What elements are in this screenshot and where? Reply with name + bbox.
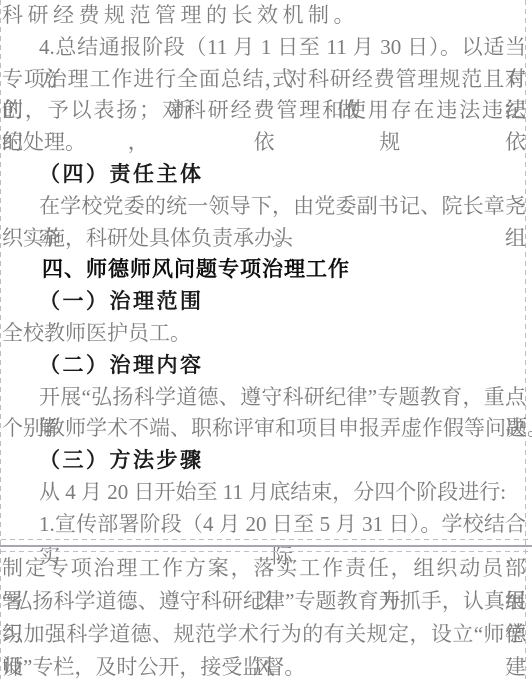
- text-line: 4.总结通报阶段（11 月 1 日至 11 月 30 日）。以适当方式对: [2, 32, 526, 64]
- page-1-text-area[interactable]: 科研经费规范管理的长效机制。 4.总结通报阶段（11 月 1 日至 11 月 3…: [2, 0, 526, 541]
- subheading-governance-scope: （一）治理范围: [2, 286, 526, 318]
- text-line: 从 4 月 20 日开始至 11 月底结束，分四个阶段进行:: [2, 477, 526, 509]
- subheading-responsibility: （四）责任主体: [2, 159, 526, 191]
- subheading-governance-content: （二）治理内容: [2, 350, 526, 382]
- text-line: 习加强科学道德、规范学术行为的有关规定，设立“师德师风建: [2, 618, 526, 651]
- page-2-text-area[interactable]: 制定专项治理工作方案，落实工作责任，组织动员部署。以开展 “弘扬科学道德、遵守科…: [2, 552, 526, 679]
- section-heading-teacher-ethics: 四、师德师风问题专项治理工作: [2, 254, 526, 286]
- text-line: 1.宣传部署阶段（4 月 20 日至 5 月 31 日）。学校结合实际，: [2, 509, 526, 541]
- text-line: 在学校党委的统一领导下，由党委副书记、院长章尧牵头组: [2, 191, 526, 223]
- text-line: 个别教师学术不端、职称评审和项目申报弄虚作假等问题。: [2, 413, 526, 445]
- text-line: 开展“弘扬科学道德、遵守科研纪律”专题教育，重点解决: [2, 382, 526, 414]
- text-line: 科研经费规范管理的长效机制。: [2, 0, 526, 32]
- text-line: 制定专项治理工作方案，落实工作责任，组织动员部署。以开展: [2, 552, 526, 585]
- text-line: 的，予以表扬；对科研经费管理和使用存在违法违纪的，依规依: [2, 95, 526, 127]
- text-line: 全校教师医护员工。: [2, 318, 526, 350]
- page-break-edge: [0, 545, 532, 547]
- text-boundary-left: [0, 0, 1, 679]
- document-canvas: 科研经费规范管理的长效机制。 4.总结通报阶段（11 月 1 日至 11 月 3…: [0, 0, 532, 679]
- text-line: “弘扬科学道德、遵守科研纪律”专题教育为抓手，认真组织学: [2, 585, 526, 618]
- text-line: 专项治理工作进行全面总结，对科研经费管理规范且有创新做法: [2, 64, 526, 96]
- text-boundary-page1-bottom: [1, 539, 532, 540]
- subheading-method-steps: （三）方法步骤: [2, 445, 526, 477]
